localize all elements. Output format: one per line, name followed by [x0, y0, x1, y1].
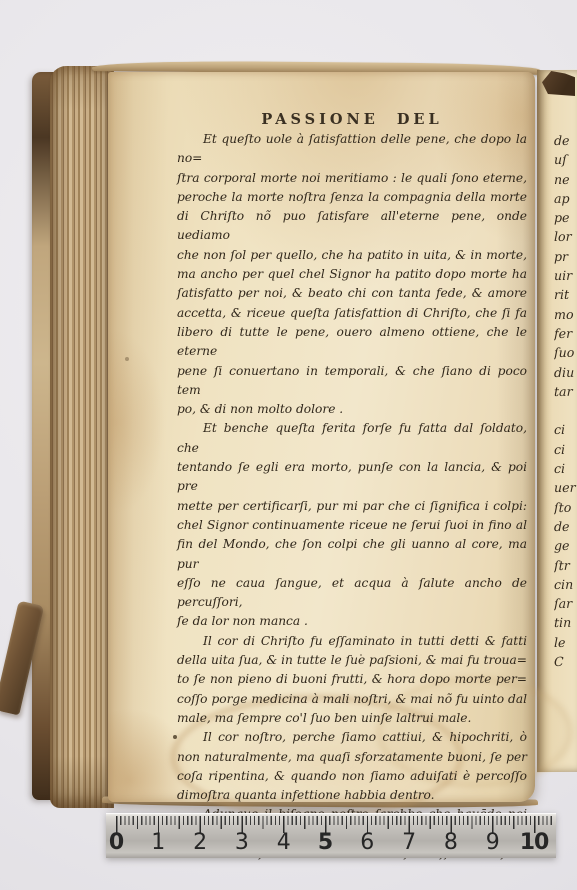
facing-page-sliver: deuſneappelorpruirritmoferſuodiutar cici… [537, 70, 577, 772]
text-line: ap [554, 189, 577, 209]
text-line: Et queſto uole à ſatisfattion delle pene… [177, 130, 527, 169]
text-line: le [554, 632, 577, 652]
text-line: chel Signor continuamente riceue ne ſeru… [177, 516, 527, 535]
text-line: coſa ripentina, & quando non ſiamo aduiſ… [177, 767, 527, 786]
text-line: cin [554, 575, 577, 595]
ruler-number: 7 [402, 830, 415, 855]
text-line: di Chriſto nõ puo ſatisfare all'eterne p… [177, 207, 527, 246]
text-line: ci [554, 459, 577, 479]
text-line: ci [554, 440, 577, 460]
page-text: Et queſto uole à ſatisfattion delle pene… [177, 130, 527, 863]
text-line: Il cor noſtro, perche ſiamo cattiui, & h… [177, 728, 527, 747]
fore-edge-pages [50, 66, 114, 808]
text-line: to ſe non pieno di buoni frutti, & hora … [177, 670, 527, 689]
text-line: ſtra corporal morte noi meritiamo : le q… [177, 169, 527, 188]
text-line: tin [554, 613, 577, 633]
text-line [554, 671, 577, 691]
text-line: male, ma ſempre co'l ſuo ben uinſe laltr… [177, 709, 527, 728]
text-line: mo [554, 304, 577, 324]
text-line: pr [554, 247, 577, 267]
ruler-number: 5 [318, 830, 332, 855]
text-line: fin del Mondo, che ſon colpi che gli uan… [177, 535, 527, 574]
text-line: de [554, 131, 577, 151]
ruler-number: 2 [193, 830, 206, 855]
text-line: tentando ſe egli era morto, punſe con la… [177, 458, 527, 497]
text-line: de [554, 517, 577, 537]
text-line: ſe da lor non manca . [177, 612, 527, 631]
ruler-number: 6 [360, 830, 373, 855]
text-line: pene ſi conuertano in temporali, & che ſ… [177, 362, 527, 401]
text-line: ne [554, 169, 577, 189]
text-line: coſſo porge medicina à mali noſtri, & ma… [177, 690, 527, 709]
ruler-number: 4 [277, 830, 290, 855]
ruler-number: 3 [235, 830, 248, 855]
text-line: libero di tutte le pene, ouero almeno ot… [177, 323, 527, 362]
text-line: Il cor di Chriſto fu eſſaminato in tutti… [177, 632, 527, 651]
foxing-specks [108, 72, 110, 74]
facing-page-text: deuſneappelorpruirritmoferſuodiutar cici… [554, 131, 577, 731]
text-line: che non ſol per quello, che ha patito in… [177, 246, 527, 265]
photo-background: deuſneappelorpruirritmoferſuodiutar cici… [0, 0, 577, 890]
text-line: peroche la morte noſtra ſenza la compagn… [177, 188, 527, 207]
text-line: diu [554, 362, 577, 382]
ruler-number: 0 [109, 830, 123, 855]
text-line: dimoſtra quanta infettione habbia dentro… [177, 786, 527, 805]
ruler-number: 10 [520, 830, 549, 855]
text-line: mette per certificarſi, pur mi par che c… [177, 497, 527, 516]
ruler: 012345678910 [106, 813, 556, 858]
text-line: ſuo [554, 343, 577, 363]
text-line: lor [554, 227, 577, 247]
text-line: C [554, 652, 577, 672]
paragraph-3: Il cor di Chriſto fu eſſaminato in tutti… [177, 632, 527, 728]
ruler-number: 9 [486, 830, 499, 855]
running-title: PASSIONE DEL [177, 111, 527, 128]
text-line: accetta, & riceue queſta ſatisfattion di… [177, 304, 527, 323]
text-line: rit [554, 285, 577, 305]
book-page: PASSIONE DEL Et queſto uole à ſatisfatti… [108, 72, 535, 802]
text-line: ma ancho per quel chel Signor ha patito … [177, 265, 527, 284]
text-line: po, & di non molto dolore . [177, 400, 527, 419]
text-line: ge [554, 536, 577, 556]
text-line: ſatisfatto per noi, & beato chi con tant… [177, 284, 527, 303]
text-line: uir [554, 266, 577, 286]
text-line: Et benche queſta ferita forſe fu fatta d… [177, 419, 527, 458]
paragraph-1: Et queſto uole à ſatisfattion delle pene… [177, 130, 527, 419]
text-line: ci [554, 420, 577, 440]
text-line: tar [554, 382, 577, 402]
text-line: ſar [554, 594, 577, 614]
ruler-number: 1 [151, 830, 164, 855]
text-line: pe [554, 208, 577, 228]
text-line [554, 401, 577, 421]
text-line: ſtr [554, 555, 577, 575]
paragraph-4: Il cor noſtro, perche ſiamo cattiui, & h… [177, 728, 527, 805]
text-line: della uita ſua, & in tutte le ſue paſsio… [177, 651, 527, 670]
text-line: uer [554, 478, 577, 498]
text-line: eſſo ne caua ſangue, et acqua à ſalute a… [177, 574, 527, 613]
text-line: fer [554, 324, 577, 344]
book: deuſneappelorpruirritmoferſuodiutar cici… [28, 58, 577, 818]
text-line: non naturalmente, ma quaſi sforzatamente… [177, 748, 527, 767]
paragraph-2: Et benche queſta ferita forſe fu fatta d… [177, 419, 527, 631]
text-line: uſ [554, 150, 577, 170]
text-line: ſto [554, 497, 577, 517]
ruler-number: 8 [444, 830, 457, 855]
